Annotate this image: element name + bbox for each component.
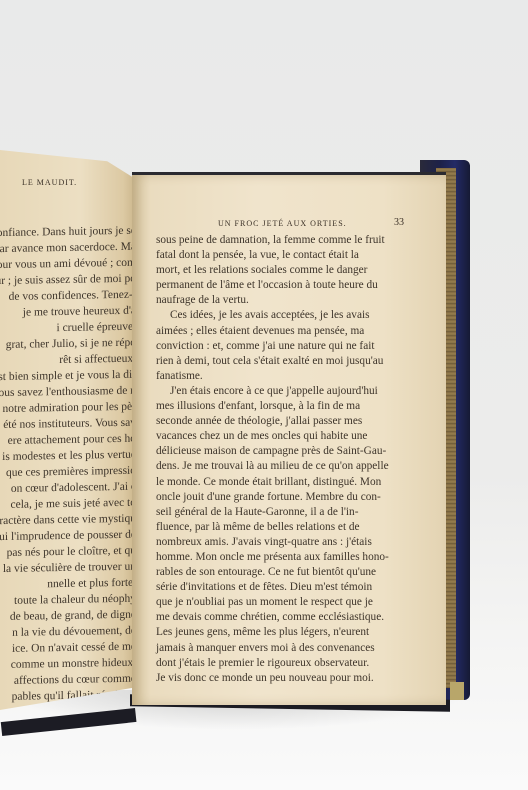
text-line: fatal dont la pensée, la vue, le contact… xyxy=(156,248,432,263)
text-line: le monde. Ce monde était brillant, disti… xyxy=(156,475,432,490)
text-line: délicieuse maison de campagne près de Sa… xyxy=(156,444,432,459)
text-line: mes illusions d'enfant, lorsque, à la fi… xyxy=(156,399,432,414)
text-line: Je vis donc ce monde un peu nouveau pour… xyxy=(156,671,432,686)
text-line: dens. Je me trouvai là au milieu de ce q… xyxy=(156,459,432,474)
text-line: Ces idées, je les avais acceptées, je le… xyxy=(156,308,432,323)
text-line: J'en étais encore à ce que j'appelle auj… xyxy=(156,384,432,399)
text-line: permanent de l'âme et l'occasion à toute… xyxy=(156,278,432,293)
book-photo: LE MAUDIT. confiance. Dans huit jours je… xyxy=(0,0,528,790)
text-line: rien à demi, tout cela s'était exalté en… xyxy=(156,354,432,369)
text-line: homme. Mon oncle me présenta aux famille… xyxy=(156,550,432,565)
left-running-head: LE MAUDIT. xyxy=(22,178,77,187)
text-line: rables de son entourage. Ce ne fut bient… xyxy=(156,565,432,580)
text-line: naufrage de la vertu. xyxy=(156,293,432,308)
page-number: 33 xyxy=(394,217,404,228)
text-line: me devais comme chrétien, comme ecclésia… xyxy=(156,610,432,625)
text-line: conviction : et, comme j'ai une nature q… xyxy=(156,339,432,354)
text-line: que je n'oubliai pas un moment le respec… xyxy=(156,595,432,610)
text-line: série d'invitations et de fêtes. Dieu m'… xyxy=(156,580,432,595)
text-line: nombreux amis. J'avais vingt-quatre ans … xyxy=(156,535,432,550)
text-line: mort, et les relations sociales comme le… xyxy=(156,263,432,278)
text-line: seconde année de théologie, j'allai pass… xyxy=(156,414,432,429)
text-line: dont j'étais le premier le rigoureux obs… xyxy=(156,656,432,671)
text-line: Les jeunes gens, même les plus légers, n… xyxy=(156,625,432,640)
text-line: fanatisme. xyxy=(156,369,432,384)
right-page: UN FROC JETÉ AUX ORTIES. 33 sous peine d… xyxy=(132,172,446,705)
text-line: vacances chez un de mes oncles qui habit… xyxy=(156,429,432,444)
text-line: sous peine de damnation, la femme comme … xyxy=(156,233,432,248)
right-running-head: UN FROC JETÉ AUX ORTIES. xyxy=(218,219,347,228)
text-line: oncle jouit d'une grande fortune. Membre… xyxy=(156,490,432,505)
right-page-text: sous peine de damnation, la femme comme … xyxy=(156,233,432,686)
text-line: aimées ; elles étaient devenues ma pensé… xyxy=(156,324,432,339)
left-page: LE MAUDIT. confiance. Dans huit jours je… xyxy=(0,150,134,710)
gilt-corner xyxy=(450,682,464,700)
text-line: jamais à manquer envers moi à des conven… xyxy=(156,641,432,656)
left-page-text: confiance. Dans huit jours je separ avan… xyxy=(0,223,134,706)
text-line: seil général de la Haute-Garonne, il a d… xyxy=(156,505,432,520)
text-line: fluence, par là même de belles relations… xyxy=(156,520,432,535)
